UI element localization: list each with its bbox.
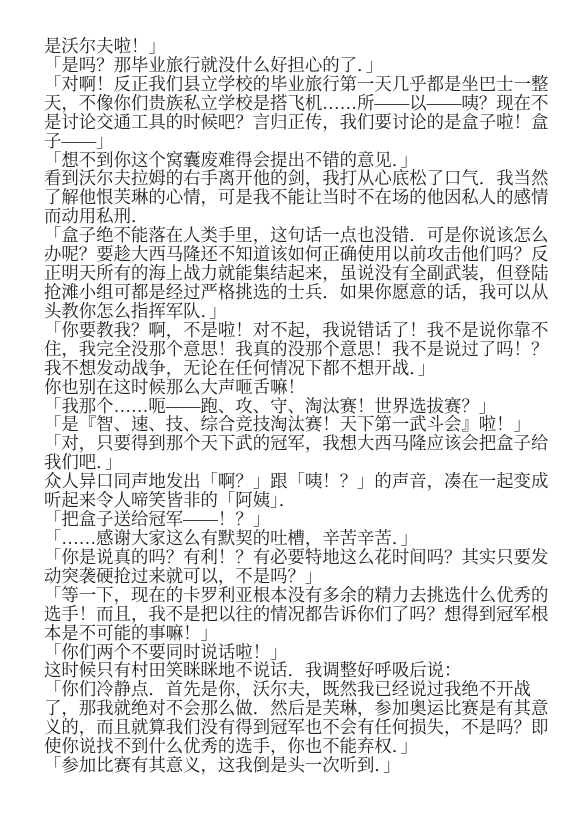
text-line: 「对啊！反正我们县立学校的毕业旅行第一天几乎都是坐巴士一整 bbox=[44, 75, 552, 94]
text-line: 子——」 bbox=[44, 132, 552, 151]
text-line: 了解他恨芙琳的心情，可是我不能让当时不在场的他因私人的感情 bbox=[44, 188, 552, 207]
text-line: 义的，而且就算我们没有得到冠军也不会有任何损失，不是吗？即 bbox=[44, 718, 552, 737]
text-line: 「是『智、速、技、综合竞技淘汰赛！天下第一武斗会』啦！」 bbox=[44, 415, 552, 434]
text-line: 使你说找不到什么优秀的选手，你也不能弃权．」 bbox=[44, 737, 552, 756]
text-line: 抢滩小组可都是经过严格挑选的士兵．如果你愿意的话，我可以从 bbox=[44, 283, 552, 302]
text-line: 而动用私刑． bbox=[44, 207, 552, 226]
text-line: 看到沃尔夫拉姆的右手离开他的剑，我打从心底松了口气．我当然 bbox=[44, 169, 552, 188]
text-line: 动突袭硬抢过来就可以，不是吗？」 bbox=[44, 567, 552, 586]
text-line: 听起来令人啼笑皆非的「阿姨」． bbox=[44, 491, 552, 510]
novel-text-block: 是沃尔夫啦！」「是吗？那毕业旅行就没什么好担心的了．」「对啊！反正我们县立学校的… bbox=[44, 37, 552, 775]
text-line: 这时候只有村田笑眯眯地不说话．我调整好呼吸后说： bbox=[44, 661, 552, 680]
text-line: 众人异口同声地发出「啊？」跟「咦！？」的声音，凑在一起变成 bbox=[44, 472, 552, 491]
text-line: 「你们冷静点．首先是你，沃尔夫，既然我已经说过我绝不开战 bbox=[44, 680, 552, 699]
text-line: 是讨论交通工具的时候吧？言归正传，我们要讨论的是盒子啦！盒 bbox=[44, 113, 552, 132]
text-line: 「……感谢大家这么有默契的吐槽，辛苦辛苦．」 bbox=[44, 529, 552, 548]
text-line: 「我那个……呃——跑、攻、守、淘汰赛！世界选拔赛？」 bbox=[44, 397, 552, 416]
text-line: 了，那我就绝对不会那么做．然后是芙琳，参加奥运比赛是有其意 bbox=[44, 699, 552, 718]
text-line: 住，我完全没那个意思！我真的没那个意思！我不是说过了吗！？ bbox=[44, 340, 552, 359]
text-line: 「你是说真的吗？有利！？有必要特地这么花时间吗？其实只要发 bbox=[44, 548, 552, 567]
text-line: 办呢？要趁大西马隆还不知道该如何正确使用以前攻击他们吗？反 bbox=[44, 245, 552, 264]
text-line: 「对，只要得到那个天下武的冠军，我想大西马隆应该会把盒子给 bbox=[44, 434, 552, 453]
text-line: 我们吧．」 bbox=[44, 453, 552, 472]
text-line: 头教你怎么指挥军队．」 bbox=[44, 302, 552, 321]
text-line: 「是吗？那毕业旅行就没什么好担心的了．」 bbox=[44, 56, 552, 75]
text-line: 「你们两个不要同时说话啦！」 bbox=[44, 643, 552, 662]
text-line: 选手！而且，我不是把以往的情况都告诉你们了吗？想得到冠军根 bbox=[44, 605, 552, 624]
text-line: 你也别在这时候那么大声咂舌嘛！ bbox=[44, 378, 552, 397]
text-line: 「把盒子送给冠军——！？」 bbox=[44, 510, 552, 529]
text-line: 「等一下，现在的卡罗利亚根本没有多余的精力去挑选什么优秀的 bbox=[44, 586, 552, 605]
text-line: 本是不可能的事嘛！」 bbox=[44, 624, 552, 643]
text-line: 「盒子绝不能落在人类手里，这句话一点也没错．可是你说该怎么 bbox=[44, 226, 552, 245]
text-line: 「想不到你这个窝囊废难得会提出不错的意见．」 bbox=[44, 151, 552, 170]
text-line: 「参加比赛有其意义，这我倒是头一次听到．」 bbox=[44, 756, 552, 775]
text-line: 天，不像你们贵族私立学校是搭飞机……所——以——咦？现在不 bbox=[44, 94, 552, 113]
document-page: 是沃尔夫啦！」「是吗？那毕业旅行就没什么好担心的了．」「对啊！反正我们县立学校的… bbox=[0, 0, 583, 828]
text-line: 是沃尔夫啦！」 bbox=[44, 37, 552, 56]
text-line: 「你要教我？啊，不是啦！对不起，我说错话了！我不是说你靠不 bbox=[44, 321, 552, 340]
text-line: 正明天所有的海上战力就能集结起来，虽说没有全副武装，但登陆 bbox=[44, 264, 552, 283]
text-line: 我不想发动战争，无论在任何情况下都不想开战．」 bbox=[44, 359, 552, 378]
